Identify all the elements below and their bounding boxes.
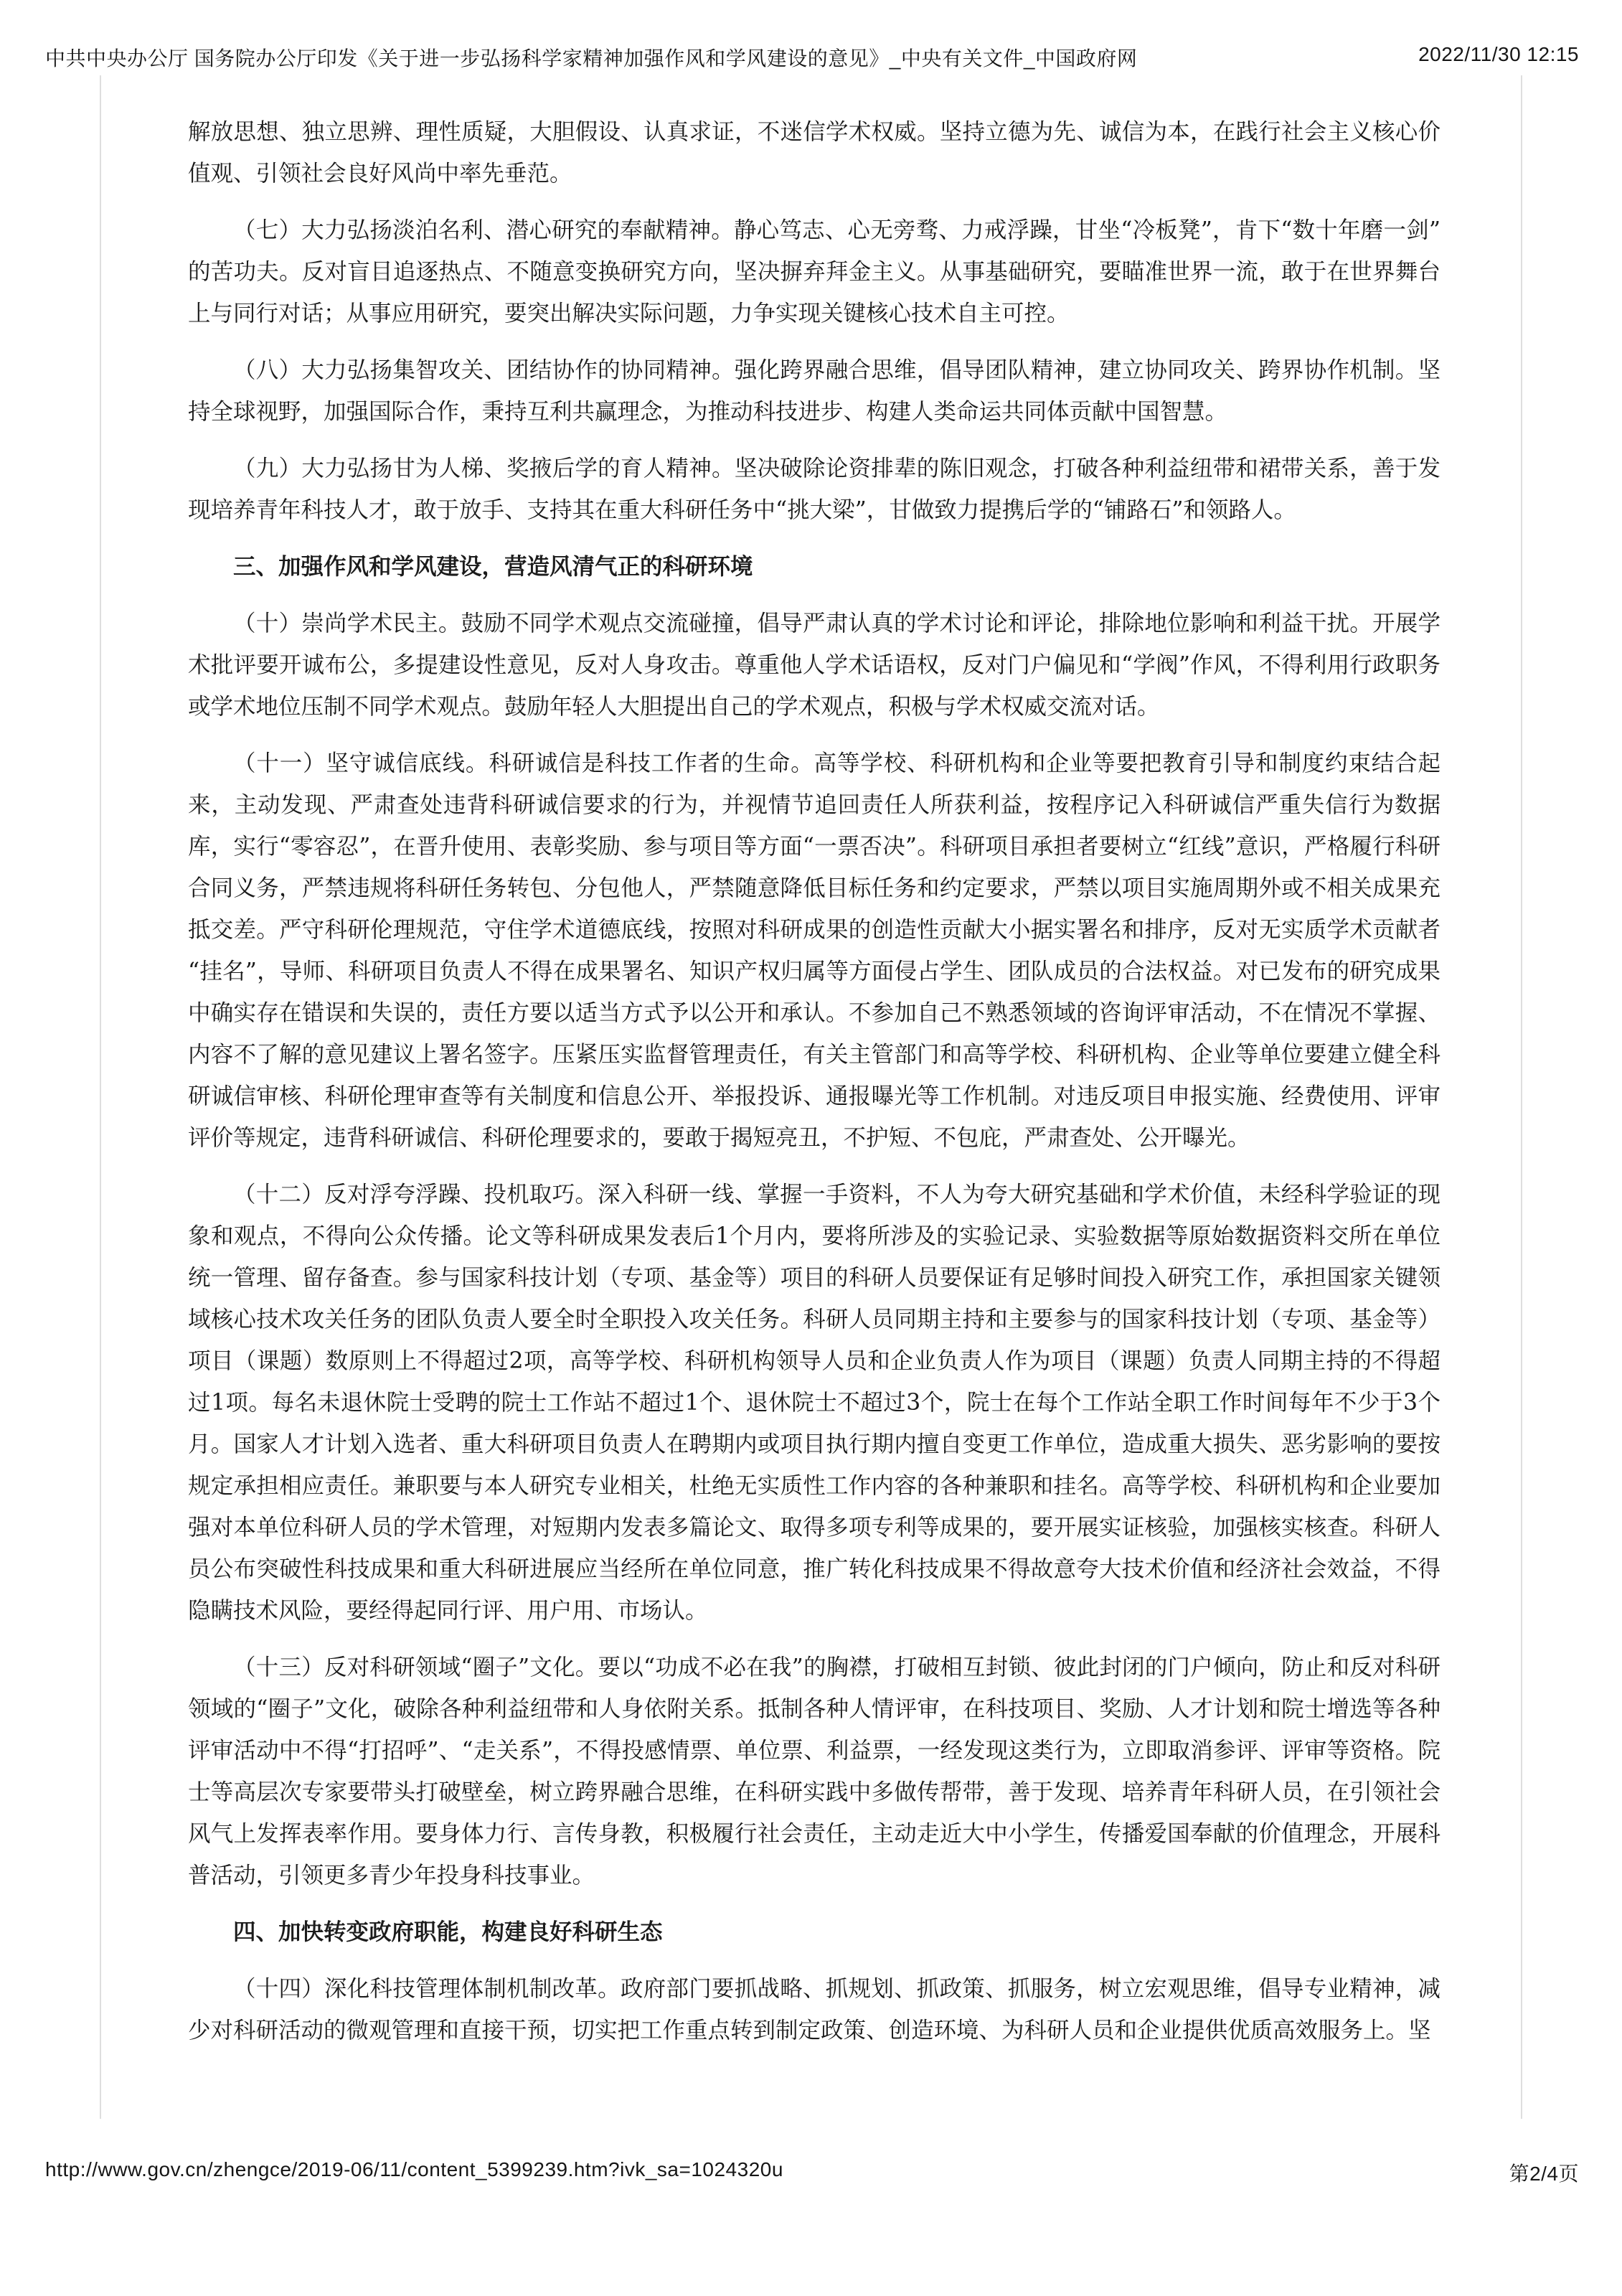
article-paragraph: （十二）反对浮夸浮躁、投机取巧。深入科研一线、掌握一手资料，不人为夸大研究基础和… xyxy=(188,1174,1441,1632)
section-heading: 三、加强作风和学风建设，营造风清气正的科研环境 xyxy=(188,546,1441,588)
print-footer-url: http://www.gov.cn/zhengce/2019-06/11/con… xyxy=(45,2158,783,2181)
article-paragraph: （十）崇尚学术民主。鼓励不同学术观点交流碰撞，倡导严肃认真的学术讨论和评论，排除… xyxy=(188,603,1441,728)
article-paragraph: （十一）坚守诚信底线。科研诚信是科技工作者的生命。高等学校、科研机构和企业等要把… xyxy=(188,743,1441,1159)
article-paragraph: （十四）深化科技管理体制机制改革。政府部门要抓战略、抓规划、抓政策、抓服务，树立… xyxy=(188,1968,1441,2051)
print-footer-page-indicator: 第2/4页 xyxy=(1509,2158,1579,2187)
print-header-title: 中共中央办公厅 国务院办公厅印发《关于进一步弘扬科学家精神加强作风和学风建设的意… xyxy=(45,43,1137,72)
article-paragraph: 解放思想、独立思辨、理性质疑，大胆假设、认真求证，不迷信学术权威。坚持立德为先、… xyxy=(188,111,1441,194)
article-paragraph: （七）大力弘扬淡泊名利、潜心研究的奉献精神。静心笃志、心无旁骛、力戒浮躁，甘坐“… xyxy=(188,210,1441,334)
article-paragraph: （十三）反对科研领域“圈子”文化。要以“功成不必在我”的胸襟，打破相互封锁、彼此… xyxy=(188,1647,1441,1896)
section-heading: 四、加快转变政府职能，构建良好科研生态 xyxy=(188,1911,1441,1953)
article-paragraph: （八）大力弘扬集智攻关、团结协作的协同精神。强化跨界融合思维，倡导团队精神，建立… xyxy=(188,349,1441,433)
article-body: 解放思想、独立思辨、理性质疑，大胆假设、认真求证，不迷信学术权威。坚持立德为先、… xyxy=(188,111,1441,2066)
print-header-timestamp: 2022/11/30 12:15 xyxy=(1418,43,1579,66)
print-preview-page: { "header": { "title": "中共中央办公厅 国务院办公厅印发… xyxy=(0,0,1622,2296)
article-paragraph: （九）大力弘扬甘为人梯、奖掖后学的育人精神。坚决破除论资排辈的陈旧观念，打破各种… xyxy=(188,448,1441,531)
